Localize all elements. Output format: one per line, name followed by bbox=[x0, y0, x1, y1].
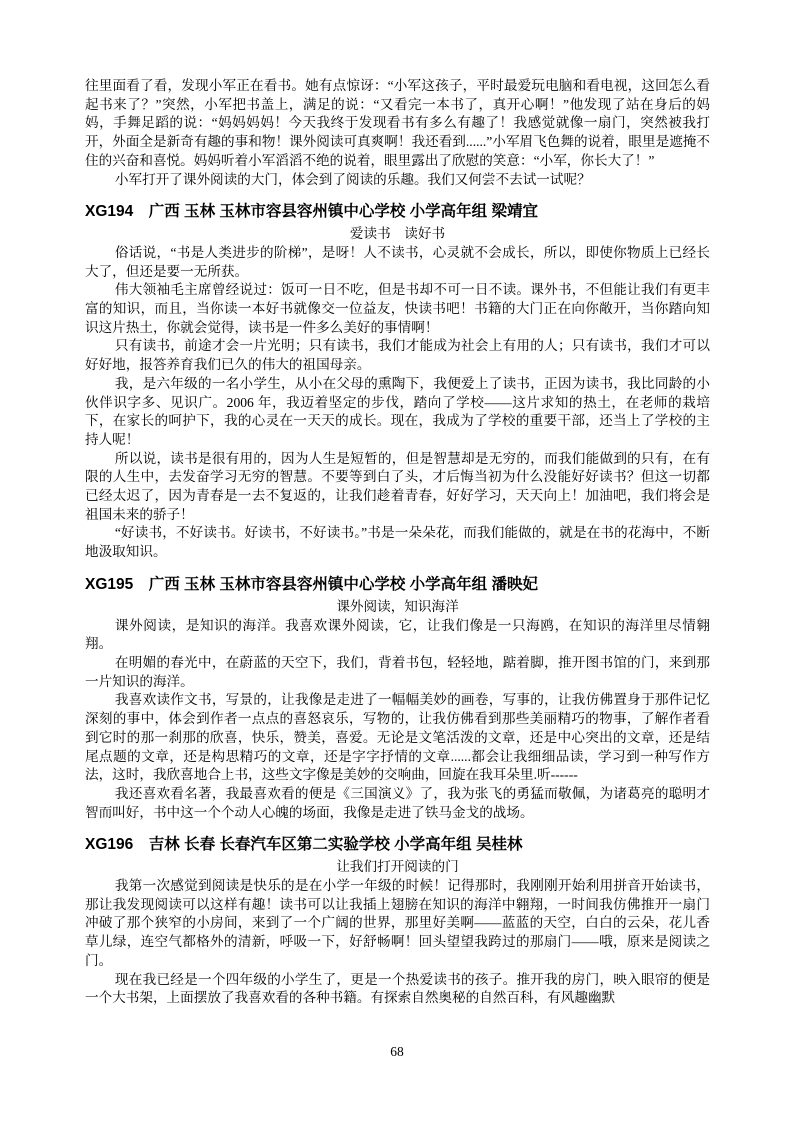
essay-paragraph: 往里面看了看，发现小军正在看书。她有点惊讶：“小军这孩子，平时最爱玩电脑和看电视… bbox=[85, 77, 710, 171]
essay-title: 让我们打开阅读的门 bbox=[85, 858, 710, 877]
essay-paragraph: 小军打开了课外阅读的大门，体会到了阅读的乐趣。我们又何尝不去试一试呢？ bbox=[85, 171, 710, 190]
essay-paragraph: 我，是六年级的一名小学生，从小在父母的熏陶下，我便爱上了读书，正因为读书，我比同… bbox=[85, 375, 710, 450]
essay-paragraph: 现在我已经是一个四年级的小学生了，更是一个热爱读书的孩子。推开我的房门，映入眼帘… bbox=[85, 971, 710, 1008]
entry-heading-xg196: XG196 吉林 长春 长春汽车区第二实验学校 小学高年组 吴桂林 bbox=[85, 834, 710, 855]
page-number: 68 bbox=[0, 1043, 794, 1062]
essay-paragraph: 课外阅读，是知识的海洋。我喜欢课外阅读，它，让我们像是一只海鸥，在知识的海洋里尽… bbox=[85, 617, 710, 654]
essay-paragraph: 在明媚的春光中，在蔚蓝的天空下，我们，背着书包，轻轻地，踮着脚，推开图书馆的门，… bbox=[85, 654, 710, 691]
essay-paragraph: 伟大领袖毛主席曾经说过：饭可一日不吃，但是书却不可一日不读。课外书，不但能让我们… bbox=[85, 281, 710, 337]
entry-heading-xg195: XG195 广西 玉林 玉林市容县容州镇中心学校 小学高年组 潘映妃 bbox=[85, 574, 710, 595]
document-page: { "page_number": "68", "continuation": {… bbox=[0, 0, 794, 1123]
essay-paragraph: 我第一次感觉到阅读是快乐的是在小学一年级的时候！记得那时，我刚刚开始利用拼音开始… bbox=[85, 877, 710, 971]
essay-title: 课外阅读，知识海洋 bbox=[85, 598, 710, 617]
essay-paragraph: 只有读书，前途才会一片光明；只有读书，我们才能成为社会上有用的人；只有读书，我们… bbox=[85, 337, 710, 374]
essay-title: 爱读书 读好书 bbox=[85, 225, 710, 244]
essay-paragraph: 我喜欢读作文书，写景的，让我像是走进了一幅幅美妙的画卷，写事的，让我仿佛置身于那… bbox=[85, 691, 710, 785]
essay-paragraph: 所以说，读书是很有用的，因为人生是短暂的，但是智慧却是无穷的，而我们能做到的只有… bbox=[85, 450, 710, 525]
essay-paragraph: 我还喜欢看名著，我最喜欢看的便是《三国演义》了，我为张飞的勇猛而敬佩，为诸葛亮的… bbox=[85, 785, 710, 822]
entry-heading-xg194: XG194 广西 玉林 玉林市容县容州镇中心学校 小学高年组 梁靖宜 bbox=[85, 201, 710, 222]
text-body: 往里面看了看，发现小军正在看书。她有点惊讶：“小军这孩子，平时最爱玩电脑和看电视… bbox=[85, 77, 710, 1008]
essay-paragraph: 俗话说，“书是人类进步的阶梯”，是呀！人不读书，心灵就不会成长，所以，即使你物质… bbox=[85, 244, 710, 281]
essay-paragraph: “好读书，不好读书。好读书，不好读书。”书是一朵朵花，而我们能做的，就是在书的花… bbox=[85, 524, 710, 561]
